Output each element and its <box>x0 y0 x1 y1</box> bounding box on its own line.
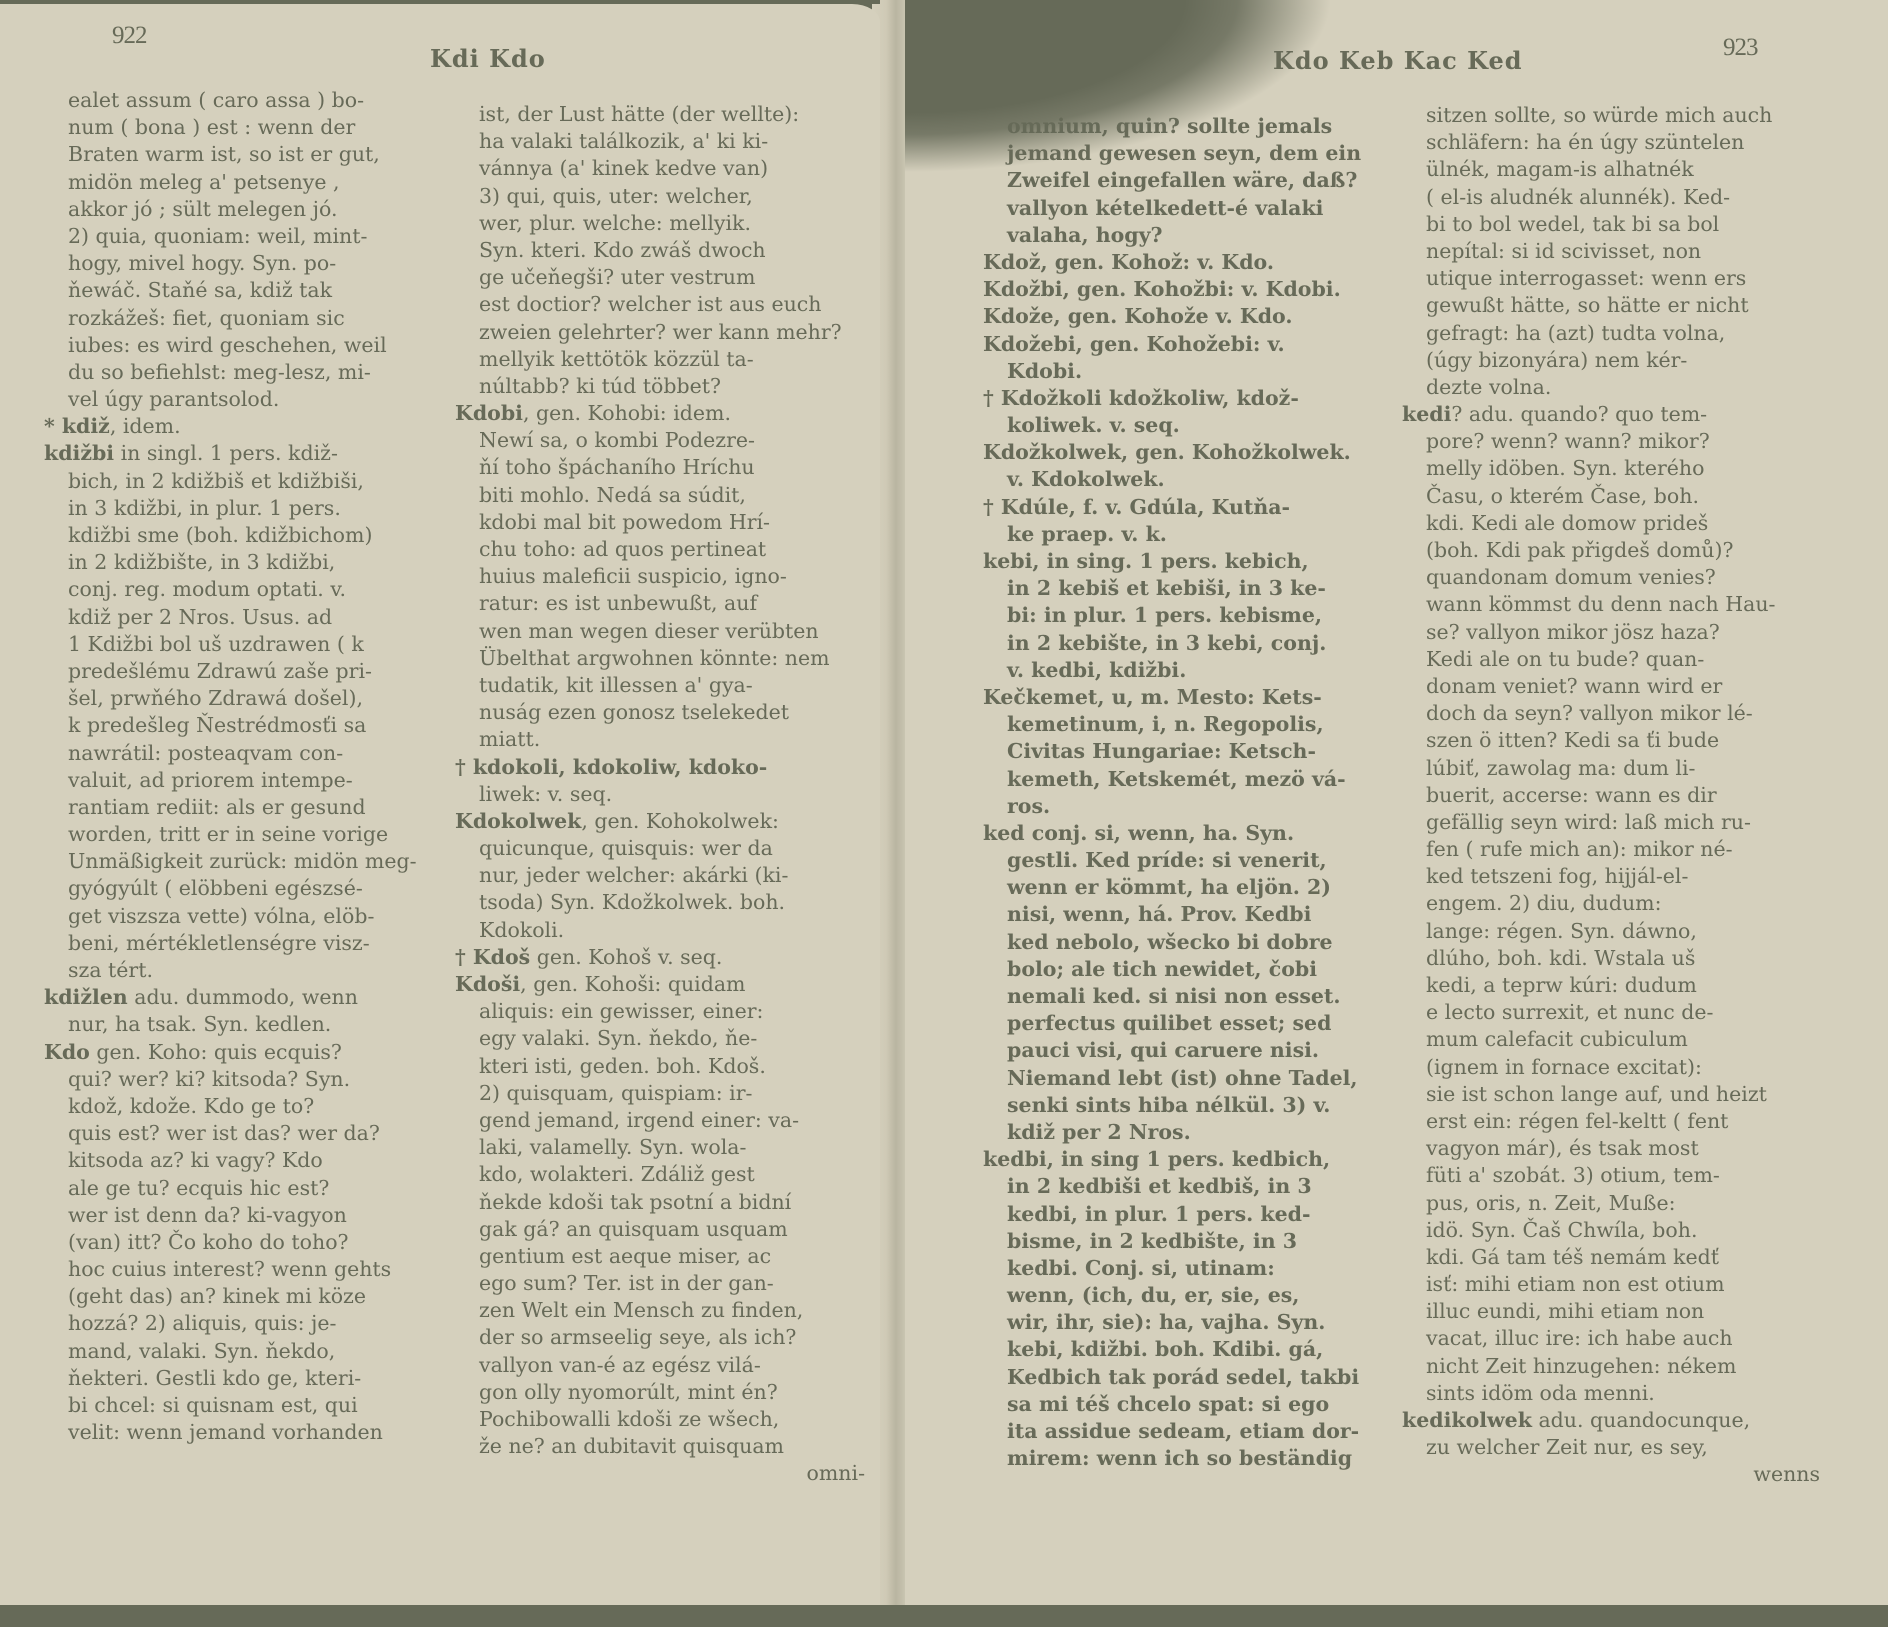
dictionary-text-line: šel, prwňého Zdrawá došel), <box>44 685 444 712</box>
line-text: engem. 2) diu, dudum: <box>1426 891 1662 915</box>
dictionary-text-line: nicht Zeit hinzugehen: nékem <box>1402 1353 1820 1380</box>
dictionary-text-line: isť: mihi etiam non est otium <box>1402 1271 1820 1298</box>
line-text: biti mohlo. Nedá sa súdit, <box>479 483 746 507</box>
line-text: worden, tritt er in seine vorige <box>68 822 388 846</box>
line-text: kemetinum, i, n. Regopolis, <box>1007 712 1324 736</box>
dictionary-text-line: schläfern: ha én úgy szüntelen <box>1402 129 1820 156</box>
line-text: nepítal: si id scivisset, non <box>1426 239 1701 263</box>
line-text: donam veniet? wann wird er <box>1426 674 1722 698</box>
line-text: dezte volna. <box>1426 375 1551 399</box>
line-text: v. kedbi, kdižbi. <box>1007 658 1186 682</box>
line-text: bisme, in 2 kedbište, in 3 <box>1007 1229 1297 1253</box>
line-text: utique interrogasset: wenn ers <box>1426 266 1746 290</box>
headword: kedi <box>1402 402 1451 426</box>
line-text: , idem. <box>110 414 181 438</box>
dictionary-text-line: quicunque, quisquis: wer da <box>455 835 865 862</box>
line-text: sints idöm oda menni. <box>1426 1381 1655 1405</box>
line-text: rantiam rediit: als er gesund <box>68 795 366 819</box>
dictionary-text-line: vallyon van-é az egész vilá- <box>455 1352 865 1379</box>
dictionary-text-line: ego sum? Ter. ist in der gan- <box>455 1270 865 1297</box>
line-text: mum calefacit cubiculum <box>1426 1027 1688 1051</box>
left-page: 922 Kdi Kdo ealet assum ( caro assa ) bo… <box>0 4 880 1609</box>
headword: Kdokolwek <box>455 809 581 833</box>
line-text: huius maleficii suspicio, igno- <box>479 564 787 588</box>
dictionary-text-line: kedbi, in plur. 1 pers. ked- <box>983 1201 1393 1228</box>
line-text: bich, in 2 kdižbiš et kdižbiši, <box>68 469 364 493</box>
line-text: Kedbich tak porád sedel, takbi <box>1007 1365 1359 1389</box>
dictionary-text-line: dezte volna. <box>1402 374 1820 401</box>
dictionary-text-line: omni- <box>455 1460 865 1487</box>
page-bottom-edge <box>0 1605 1888 1627</box>
dictionary-text-line: kitsoda az? ki vagy? Kdo <box>44 1147 444 1174</box>
line-text: wer, plur. welche: mellyik. <box>479 211 751 235</box>
dictionary-text-line: lúbiť, zawolag ma: dum li- <box>1402 755 1820 782</box>
line-text: chu toho: ad quos pertineat <box>479 537 766 561</box>
dictionary-text-line: kedi, a teprw kúri: dudum <box>1402 972 1820 999</box>
line-text: se? vallyon mikor jösz haza? <box>1426 620 1720 644</box>
line-text: quandonam domum venies? <box>1426 565 1716 589</box>
line-text: zu welcher Zeit nur, es sey, <box>1426 1435 1708 1459</box>
dictionary-text-line: du so befiehlst: meg-lesz, mi- <box>44 359 444 386</box>
line-text: valaha, hogy? <box>1007 223 1163 247</box>
dictionary-entry-headline: kdižbi in singl. 1 pers. kdiž- <box>44 440 444 467</box>
line-text: , gen. Kohobi: idem. <box>523 401 731 425</box>
line-text: valuit, ad priorem intempe- <box>68 768 353 792</box>
line-text: est doctior? welcher ist aus euch <box>479 292 821 316</box>
dictionary-text-line: nawrátil: posteaqvam con- <box>44 740 444 767</box>
dictionary-text-line: bi chcel: si quisnam est, qui <box>44 1392 444 1419</box>
dictionary-text-line: ge učeňegši? uter vestrum <box>455 264 865 291</box>
line-text: , gen. Kohože v. Kdo. <box>1054 304 1293 328</box>
line-text: tudatik, kit illessen a' gya- <box>479 673 753 697</box>
line-text: šel, prwňého Zdrawá došel), <box>68 686 363 710</box>
line-text: kdo, wolakteri. Zdáliž gest <box>479 1162 755 1186</box>
line-text: gon olly nyomorúlt, mint én? <box>479 1380 778 1404</box>
line-text: szen ö itten? Kedi sa ťi bude <box>1426 728 1719 752</box>
line-text: wir, ihr, sie): ha, vajha. Syn. <box>1007 1310 1325 1334</box>
line-text: k predešleg Ňestrédmosťi sa <box>68 713 366 737</box>
dictionary-text-line: ros. <box>983 793 1393 820</box>
line-text: kdi. Kedi ale domow prideš <box>1426 511 1708 535</box>
line-text: sitzen sollte, so würde mich auch <box>1426 103 1772 127</box>
line-text: qui? wer? ki? kitsoda? Syn. <box>68 1067 350 1091</box>
line-text: , gen. Kohokolwek: <box>581 809 779 833</box>
dictionary-text-line: gestli. Ked príde: si venerit, <box>983 847 1393 874</box>
line-text: illuc eundi, mihi etiam non <box>1426 1299 1704 1323</box>
line-text: ge učeňegši? uter vestrum <box>479 265 755 289</box>
line-text: Času, o kterém Čase, boh. <box>1426 484 1699 508</box>
dictionary-text-line: iubes: es wird geschehen, weil <box>44 332 444 359</box>
line-text: , u, m. Mesto: Kets- <box>1097 685 1321 709</box>
line-text: sa mi téš chcelo spat: si ego <box>1007 1392 1329 1416</box>
line-text: nisi, wenn, há. Prov. Kedbi <box>1007 902 1311 926</box>
line-text: wann kömmst du denn nach Hau- <box>1426 592 1775 616</box>
dictionary-text-line: zweien gelehrter? wer kann mehr? <box>455 319 865 346</box>
line-text: in 3 kdižbi, in plur. 1 pers. <box>68 496 341 520</box>
line-text: quicunque, quisquis: wer da <box>479 836 773 860</box>
line-text: hoc cuius interest? wenn gehts <box>68 1257 391 1281</box>
line-text: , in sing. 1 pers. kebich, <box>1032 549 1308 573</box>
dictionary-text-line: Syn. kteri. Kdo zwáš dwoch <box>455 237 865 264</box>
line-text: gentium est aeque miser, ac <box>479 1244 771 1268</box>
line-text: hozzá? 2) aliquis, quis: je- <box>68 1311 336 1335</box>
line-text: lúbiť, zawolag ma: dum li- <box>1426 756 1695 780</box>
line-text: ros. <box>1007 794 1050 818</box>
line-text: sza tért. <box>68 958 153 982</box>
line-text: kebi, kdižbi. boh. Kdibi. gá, <box>1007 1337 1323 1361</box>
dictionary-text-line: gefällig seyn wird: laß mich ru- <box>1402 809 1820 836</box>
line-text: Kdobi. <box>1007 359 1082 383</box>
dictionary-text-line: aliquis: ein gewisser, einer: <box>455 998 865 1025</box>
dictionary-text-line: wenns <box>1402 1461 1820 1488</box>
dictionary-text-line: pauci visi, qui caruere nisi. <box>983 1037 1393 1064</box>
right-page-column-1: omnium, quin? sollte jemalsjemand gewese… <box>983 113 1393 1472</box>
dictionary-text-line: sints idöm oda menni. <box>1402 1380 1820 1407</box>
dictionary-text-line: hozzá? 2) aliquis, quis: je- <box>44 1310 444 1337</box>
line-text: , gen. Kohožkolwek. <box>1121 440 1351 464</box>
line-text: ňí toho špáchaního Hríchu <box>479 455 755 479</box>
line-text: buerit, accerse: wann es dir <box>1426 783 1717 807</box>
headword: † Kdúle <box>983 495 1069 519</box>
line-text: 2) quisquam, quispiam: ir- <box>479 1081 752 1105</box>
line-text: egy valaki. Syn. ňekdo, ňe- <box>479 1026 757 1050</box>
line-text: vagyon már), és tsak most <box>1426 1136 1699 1160</box>
line-text: adu. quandocunque, <box>1532 1408 1750 1432</box>
dictionary-text-line: in 2 kebište, in 3 kebi, conj. <box>983 630 1393 657</box>
line-text: adu. dummodo, wenn <box>128 985 358 1009</box>
dictionary-text-line: ita assidue sedeam, etiam dor- <box>983 1418 1393 1445</box>
line-text: beni, mértékletlenségre visz- <box>68 931 370 955</box>
line-text: že ne? an dubitavit quisquam <box>479 1434 784 1458</box>
dictionary-text-line: rantiam rediit: als er gesund <box>44 794 444 821</box>
headword: kedbi <box>983 1147 1047 1171</box>
dictionary-text-line: kdiž per 2 Nros. Usus. ad <box>44 604 444 631</box>
line-text: gyógyúlt ( elöbbeni egészsé- <box>68 876 363 900</box>
line-text: ealet assum ( caro assa ) bo- <box>68 88 364 112</box>
dictionary-text-line: valuit, ad priorem intempe- <box>44 767 444 794</box>
dictionary-text-line: bisme, in 2 kedbište, in 3 <box>983 1228 1393 1255</box>
line-text: kemeth, Ketskemét, mezö vá- <box>1007 767 1346 791</box>
dictionary-entry-headline: kebi, in sing. 1 pers. kebich, <box>983 548 1393 575</box>
dictionary-text-line: huius maleficii suspicio, igno- <box>455 563 865 590</box>
dictionary-entry-headline: Kdobi, gen. Kohobi: idem. <box>455 400 865 427</box>
line-text: , in sing 1 pers. kedbich, <box>1047 1147 1330 1171</box>
left-page-column-1: ealet assum ( caro assa ) bo-num ( bona … <box>44 87 444 1446</box>
dictionary-text-line: kdiž per 2 Nros. <box>983 1119 1393 1146</box>
dictionary-text-line: erst ein: régen fel-keltt ( fent <box>1402 1108 1820 1135</box>
line-text: wen man wegen dieser verübten <box>479 619 819 643</box>
line-text: ülnék, magam-is alhatnék <box>1426 157 1694 181</box>
dictionary-text-line: perfectus quilibet esset; sed <box>983 1010 1393 1037</box>
dictionary-entry-headline: † Kdožkoli kdožkoliw, kdož- <box>983 385 1393 412</box>
line-text: ked nebolo, wšecko bi dobre <box>1007 930 1333 954</box>
dictionary-text-line: worden, tritt er in seine vorige <box>44 821 444 848</box>
dictionary-text-line: (úgy bizonyára) nem kér- <box>1402 347 1820 374</box>
dictionary-text-line: gon olly nyomorúlt, mint én? <box>455 1379 865 1406</box>
headword: Kdože <box>983 304 1054 328</box>
line-text: mellyik kettötök közzül ta- <box>479 347 754 371</box>
line-text: senki sints hiba nélkül. 3) v. <box>1007 1093 1330 1117</box>
dictionary-text-line: in 2 kebiš et kebiši, in 3 ke- <box>983 575 1393 602</box>
dictionary-entry-headline: Kdože, gen. Kohože v. Kdo. <box>983 303 1393 330</box>
headword: † Kdožkoli kdožkoliw, kdož- <box>983 386 1299 410</box>
line-text: gen. Kohoš v. seq. <box>530 945 722 969</box>
dictionary-text-line: idö. Syn. Čaš Chwíla, boh. <box>1402 1217 1820 1244</box>
dictionary-text-line: sa mi téš chcelo spat: si ego <box>983 1391 1393 1418</box>
line-text: vallyon van-é az egész vilá- <box>479 1353 761 1377</box>
dictionary-text-line: ke praep. v. k. <box>983 521 1393 548</box>
dictionary-text-line: engem. 2) diu, dudum: <box>1402 890 1820 917</box>
dictionary-text-line: kemeth, Ketskemét, mezö vá- <box>983 766 1393 793</box>
line-text: kdobi mal bit powedom Hrí- <box>479 510 770 534</box>
line-text: tsoda) Syn. Kdožkolwek. boh. <box>479 890 785 914</box>
dictionary-text-line: kdo, wolakteri. Zdáliž gest <box>455 1161 865 1188</box>
dictionary-text-line: midön meleg a' petsenye , <box>44 169 444 196</box>
dictionary-text-line: tsoda) Syn. Kdožkolwek. boh. <box>455 889 865 916</box>
dictionary-text-line: ale ge tu? ecquis hic est? <box>44 1175 444 1202</box>
dictionary-text-line: est doctior? welcher ist aus euch <box>455 291 865 318</box>
line-text: omni- <box>807 1461 865 1485</box>
line-text: nemali ked. si nisi non esset. <box>1007 984 1341 1008</box>
line-text: gestli. Ked príde: si venerit, <box>1007 848 1327 872</box>
line-text: quis est? wer ist das? wer da? <box>68 1121 380 1145</box>
dictionary-entry-headline: Kdožkolwek, gen. Kohožkolwek. <box>983 439 1393 466</box>
dictionary-text-line: zu welcher Zeit nur, es sey, <box>1402 1434 1820 1461</box>
dictionary-entry-headline: Kdožbi, gen. Kohožbi: v. Kdobi. <box>983 276 1393 303</box>
dictionary-text-line: koliwek. v. seq. <box>983 412 1393 439</box>
dictionary-text-line: num ( bona ) est : wenn der <box>44 114 444 141</box>
line-text: kitsoda az? ki vagy? Kdo <box>68 1148 323 1172</box>
line-text: schläfern: ha én úgy szüntelen <box>1426 130 1744 154</box>
headword: † kdokoli, kdokoliw, kdoko- <box>455 755 767 779</box>
line-text: pus, oris, n. Zeit, Muße: <box>1426 1191 1676 1215</box>
dictionary-text-line: ülnék, magam-is alhatnék <box>1402 156 1820 183</box>
dictionary-text-line: melly idöben. Syn. kterého <box>1402 455 1820 482</box>
headword: Kdož <box>983 250 1040 274</box>
line-text: wenn er kömmt, ha eljön. 2) <box>1007 875 1331 899</box>
dictionary-text-line: ked tetszeni fog, hijjál-el- <box>1402 863 1820 890</box>
line-text: kdiž per 2 Nros. <box>1007 1120 1191 1144</box>
dictionary-text-line: wenn er kömmt, ha eljön. 2) <box>983 874 1393 901</box>
line-text: liwek: v. seq. <box>479 782 612 806</box>
dictionary-text-line: bolo; ale tich newidet, čobi <box>983 956 1393 983</box>
line-text: vánnya (a' kinek kedve van) <box>479 156 768 180</box>
line-text: iubes: es wird geschehen, weil <box>68 333 387 357</box>
headword: Kdobi <box>455 401 523 425</box>
dictionary-text-line: mirem: wenn ich so beständig <box>983 1445 1393 1472</box>
dictionary-text-line: rozkážeš: fiet, quoniam sic <box>44 305 444 332</box>
line-text: der so armseelig seye, als ich? <box>479 1325 796 1349</box>
dictionary-text-line: sitzen sollte, so würde mich auch <box>1402 102 1820 129</box>
line-text: conj. reg. modum optati. v. <box>68 577 346 601</box>
line-text: vel úgy parantsolod. <box>68 387 279 411</box>
dictionary-text-line: kdižbi sme (boh. kdižbichom) <box>44 522 444 549</box>
dictionary-text-line: füti a' szobát. 3) otium, tem- <box>1402 1162 1820 1189</box>
dictionary-entry-headline: † kdokoli, kdokoliw, kdoko- <box>455 754 865 781</box>
line-text: Pochibowalli kdoši ze wšech, <box>479 1407 779 1431</box>
line-text: ita assidue sedeam, etiam dor- <box>1007 1419 1359 1443</box>
line-text: kedi, a teprw kúri: dudum <box>1426 973 1697 997</box>
line-text: Braten warm ist, so ist er gut, <box>68 142 380 166</box>
line-text: kdi. Gá tam téš nemám kedť <box>1426 1245 1719 1269</box>
headword: * kdiž <box>44 414 110 438</box>
dictionary-text-line: kebi, kdižbi. boh. Kdibi. gá, <box>983 1336 1393 1363</box>
line-text: núltabb? ki túd többet? <box>479 374 721 398</box>
line-text: koliwek. v. seq. <box>1007 413 1180 437</box>
dictionary-text-line: ist, der Lust hätte (der wellte): <box>455 101 865 128</box>
line-text: dlúho, boh. kdi. Wstala uš <box>1426 946 1695 970</box>
dictionary-text-line: kemetinum, i, n. Regopolis, <box>983 711 1393 738</box>
dictionary-text-line: donam veniet? wann wird er <box>1402 673 1820 700</box>
dictionary-text-line: valaha, hogy? <box>983 222 1393 249</box>
dictionary-text-line: kdi. Gá tam téš nemám kedť <box>1402 1244 1820 1271</box>
dictionary-text-line: se? vallyon mikor jösz haza? <box>1402 619 1820 646</box>
dictionary-entry-headline: Kdoši, gen. Kohoši: quidam <box>455 971 865 998</box>
line-text: pauci visi, qui caruere nisi. <box>1007 1038 1319 1062</box>
gutter-shadow <box>905 0 1375 190</box>
dictionary-text-line: liwek: v. seq. <box>455 781 865 808</box>
dictionary-text-line: qui? wer? ki? kitsoda? Syn. <box>44 1066 444 1093</box>
dictionary-text-line: quandonam domum venies? <box>1402 564 1820 591</box>
dictionary-text-line: wen man wegen dieser verübten <box>455 618 865 645</box>
line-text: ( el-is aludnék alunnék). Ked- <box>1426 185 1730 209</box>
dictionary-text-line: mand, valaki. Syn. ňekdo, <box>44 1338 444 1365</box>
line-text: fen ( rufe mich an): mikor né- <box>1426 837 1733 861</box>
line-text: gefällig seyn wird: laß mich ru- <box>1426 810 1751 834</box>
dictionary-text-line: e lecto surrexit, et nunc de- <box>1402 999 1820 1026</box>
dictionary-text-line: vallyon kételkedett-é valaki <box>983 195 1393 222</box>
dictionary-text-line: gentium est aeque miser, ac <box>455 1243 865 1270</box>
line-text: Kedi ale on tu bude? quan- <box>1426 647 1704 671</box>
line-text: sie ist schon lange auf, und heizt <box>1426 1082 1767 1106</box>
line-text: aliquis: ein gewisser, einer: <box>479 999 763 1023</box>
dictionary-text-line: ratur: es ist unbewußt, auf <box>455 590 865 617</box>
line-text: kedbi, in plur. 1 pers. ked- <box>1007 1202 1311 1226</box>
line-text: , f. v. Gdúla, Kutňa- <box>1069 495 1290 519</box>
dictionary-text-line: kdož, kdože. Kdo ge to? <box>44 1093 444 1120</box>
dictionary-text-line: gend jemand, irgend einer: va- <box>455 1107 865 1134</box>
line-text: kdož, kdože. Kdo ge to? <box>68 1094 314 1118</box>
dictionary-text-line: ňekteri. Gestli kdo ge, kteri- <box>44 1365 444 1392</box>
dictionary-text-line: gak gá? an quisquam usquam <box>455 1216 865 1243</box>
dictionary-text-line: vánnya (a' kinek kedve van) <box>455 155 865 182</box>
dictionary-text-line: k predešleg Ňestrédmosťi sa <box>44 712 444 739</box>
line-text: zweien gelehrter? wer kann mehr? <box>479 320 842 344</box>
dictionary-text-line: nepítal: si id scivisset, non <box>1402 238 1820 265</box>
dictionary-entry-headline: kedikolwek adu. quandocunque, <box>1402 1407 1820 1434</box>
line-text: (geht das) an? kinek mi köze <box>68 1284 366 1308</box>
dictionary-text-line: ( el-is aludnék alunnék). Ked- <box>1402 184 1820 211</box>
dictionary-text-line: nuság ezen gonosz tselekedet <box>455 699 865 726</box>
line-text: kdižbi sme (boh. kdižbichom) <box>68 523 372 547</box>
dictionary-text-line: fen ( rufe mich an): mikor né- <box>1402 836 1820 863</box>
dictionary-text-line: (boh. Kdi pak přigdeš domů)? <box>1402 537 1820 564</box>
line-text: , gen. Kohož: v. Kdo. <box>1040 250 1274 274</box>
dictionary-text-line: nur, jeder welcher: akárki (ki- <box>455 862 865 889</box>
dictionary-text-line: Času, o kterém Čase, boh. <box>1402 483 1820 510</box>
line-text: isť: mihi etiam non est otium <box>1426 1272 1725 1296</box>
dictionary-text-line: v. Kdokolwek. <box>983 466 1393 493</box>
line-text: miatt. <box>479 727 540 751</box>
dictionary-text-line: ňekde kdoši tak psotní a bidní <box>455 1189 865 1216</box>
line-text: in 2 kebiš et kebiši, in 3 ke- <box>1007 576 1326 600</box>
line-text: 1 Kdižbi bol uš uzdrawen ( k <box>68 632 364 656</box>
line-text: erst ein: régen fel-keltt ( fent <box>1426 1109 1728 1133</box>
dictionary-text-line: wer ist denn da? ki-vagyon <box>44 1202 444 1229</box>
line-text: ke praep. v. k. <box>1007 522 1167 546</box>
dictionary-text-line: bi to bol wedel, tak bi sa bol <box>1402 211 1820 238</box>
dictionary-entry-headline: ked conj. si, wenn, ha. Syn. <box>983 820 1393 847</box>
line-text: rozkážeš: fiet, quoniam sic <box>68 306 345 330</box>
line-text: , gen. Kohožebi: v. <box>1076 332 1285 356</box>
dictionary-text-line: gyógyúlt ( elöbbeni egészsé- <box>44 875 444 902</box>
dictionary-text-line: (geht das) an? kinek mi köze <box>44 1283 444 1310</box>
dictionary-text-line: ňewáč. Staňé sa, kdiž tak <box>44 277 444 304</box>
dictionary-entry-headline: † Kdoš gen. Kohoš v. seq. <box>455 944 865 971</box>
line-text: nawrátil: posteaqvam con- <box>68 741 343 765</box>
headword: ked <box>983 821 1025 845</box>
line-text: vallyon kételkedett-é valaki <box>1007 196 1323 220</box>
line-text: laki, valamelly. Syn. wola- <box>479 1135 746 1159</box>
line-text: ratur: es ist unbewußt, auf <box>479 591 757 615</box>
dictionary-text-line: Kdobi. <box>983 358 1393 385</box>
line-text: akkor jó ; sült melegen jó. <box>68 197 337 221</box>
line-text: gen. Koho: quis ecquis? <box>90 1040 342 1064</box>
headword: Kečkemet <box>983 685 1097 709</box>
dictionary-text-line: 2) quia, quoniam: weil, mint- <box>44 223 444 250</box>
headword: Kdožbi <box>983 277 1063 301</box>
dictionary-text-line: Übelthat argwohnen könnte: nem <box>455 645 865 672</box>
dictionary-text-line: hoc cuius interest? wenn gehts <box>44 1256 444 1283</box>
headword: Kdoši <box>455 972 520 996</box>
dictionary-text-line: kdobi mal bit powedom Hrí- <box>455 509 865 536</box>
dictionary-text-line: get viszsza vette) vólna, elöb- <box>44 903 444 930</box>
line-text: du so befiehlst: meg-lesz, mi- <box>68 360 371 384</box>
line-text: Übelthat argwohnen könnte: nem <box>479 646 830 670</box>
dictionary-text-line: buerit, accerse: wann es dir <box>1402 782 1820 809</box>
dictionary-text-line: quis est? wer ist das? wer da? <box>44 1120 444 1147</box>
left-page-column-2: ist, der Lust hätte (der wellte):ha vala… <box>455 101 865 1488</box>
dictionary-text-line: der so armseelig seye, als ich? <box>455 1324 865 1351</box>
dictionary-text-line: akkor jó ; sült melegen jó. <box>44 196 444 223</box>
line-text: predešlému Zdrawú zaše pri- <box>68 659 372 683</box>
dictionary-text-line: Kdokoli. <box>455 917 865 944</box>
dictionary-text-line: ňí toho špáchaního Hríchu <box>455 454 865 481</box>
line-text: hogy, mivel hogy. Syn. po- <box>68 251 336 275</box>
headword: kedikolwek <box>1402 1408 1532 1432</box>
dictionary-text-line: in 3 kdižbi, in plur. 1 pers. <box>44 495 444 522</box>
dictionary-text-line: utique interrogasset: wenn ers <box>1402 265 1820 292</box>
line-text: Niemand lebt (ist) ohne Tadel, <box>1007 1066 1358 1090</box>
line-text: 3) qui, quis, uter: welcher, <box>479 184 753 208</box>
dictionary-text-line: wenn, (ich, du, er, sie, es, <box>983 1282 1393 1309</box>
dictionary-text-line: Braten warm ist, so ist er gut, <box>44 141 444 168</box>
line-text: v. Kdokolwek. <box>1007 467 1165 491</box>
dictionary-text-line: chu toho: ad quos pertineat <box>455 536 865 563</box>
dictionary-text-line: (ignem in fornace excitat): <box>1402 1054 1820 1081</box>
dictionary-text-line: wir, ihr, sie): ha, vajha. Syn. <box>983 1309 1393 1336</box>
line-text: conj. si, wenn, ha. Syn. <box>1025 821 1294 845</box>
line-text: get viszsza vette) vólna, elöb- <box>68 904 374 928</box>
dictionary-text-line: illuc eundi, mihi etiam non <box>1402 1298 1820 1325</box>
dictionary-entry-headline: Kdo gen. Koho: quis ecquis? <box>44 1039 444 1066</box>
dictionary-text-line: že ne? an dubitavit quisquam <box>455 1433 865 1460</box>
dictionary-text-line: lange: régen. Syn. dáwno, <box>1402 918 1820 945</box>
line-text: nicht Zeit hinzugehen: nékem <box>1426 1354 1736 1378</box>
line-text: e lecto surrexit, et nunc de- <box>1426 1000 1713 1024</box>
dictionary-entry-headline: Kdokolwek, gen. Kohokolwek: <box>455 808 865 835</box>
line-text: midön meleg a' petsenye , <box>68 170 340 194</box>
